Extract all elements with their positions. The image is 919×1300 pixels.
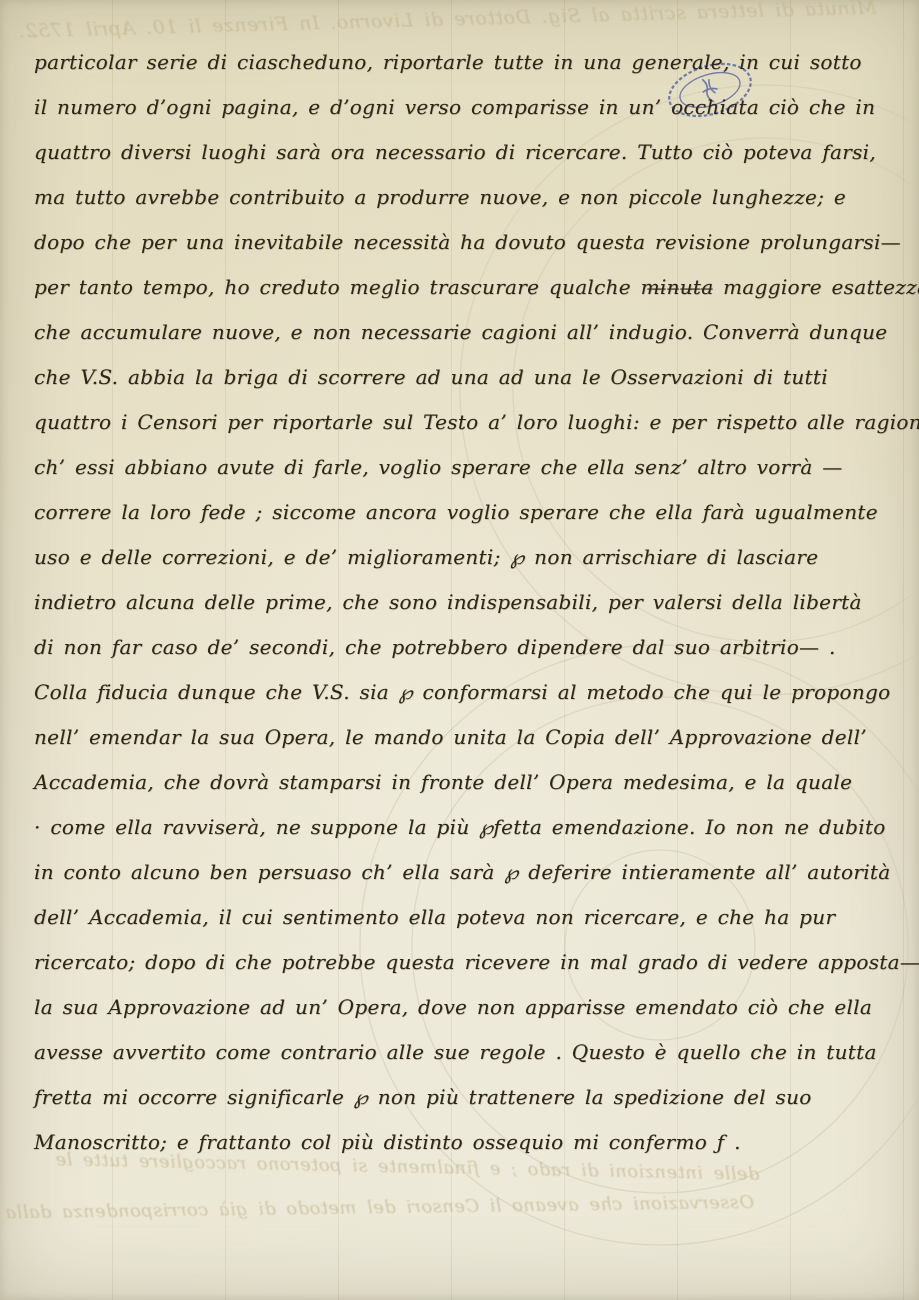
manuscript-line: in conto alcuno ben persuaso ch’ ella sa… <box>34 850 890 895</box>
manuscript-line: ricercato; dopo di che potrebbe questa r… <box>34 940 890 985</box>
manuscript-line: ch’ essi abbiano avute di farle, voglio … <box>34 445 890 490</box>
manuscript-line: la sua Approvazione ad un’ Opera, dove n… <box>34 985 890 1030</box>
manuscript-line: il numero d’ogni pagina, e d’ogni verso … <box>34 85 890 130</box>
manuscript-line: che accumulare nuove, e non necessarie c… <box>34 310 890 355</box>
manuscript-line: correre la loro fede ; siccome ancora vo… <box>34 490 890 535</box>
manuscript-line: · come ella ravviserà, ne suppone la più… <box>34 805 890 850</box>
letter-body: particolar serie di ciascheduno, riporta… <box>34 40 890 1165</box>
manuscript-line: per tanto tempo, ho creduto meglio trasc… <box>34 265 890 310</box>
manuscript-line: Accademia, che dovrà stamparsi in fronte… <box>34 760 890 805</box>
manuscript-line: quattro i Censori per riportarle sul Tes… <box>34 400 890 445</box>
manuscript-page: Minuta di lettera scritta al Sig. Dottor… <box>0 0 919 1300</box>
bleedthrough-bottom-line2: Osservazioni che aveano li Censori del m… <box>5 1190 910 1224</box>
manuscript-line: dell’ Accademia, il cui sentimento ella … <box>34 895 890 940</box>
manuscript-line: fretta mi occorre significarle ℘ non più… <box>34 1075 890 1120</box>
manuscript-line: uso e delle correzioni, e de’ migliorame… <box>34 535 890 580</box>
manuscript-line: particolar serie di ciascheduno, riporta… <box>34 40 890 85</box>
bleedthrough-top: Minuta di lettera scritta al Sig. Dottor… <box>18 0 908 42</box>
manuscript-line: Colla fiducia dunque che V.S. sia ℘ conf… <box>34 670 890 715</box>
manuscript-line: Manoscritto; e frattanto col più distint… <box>34 1120 890 1165</box>
manuscript-line: avesse avvertito come contrario alle sue… <box>34 1030 890 1075</box>
manuscript-line: quattro diversi luoghi sarà ora necessar… <box>34 130 890 175</box>
manuscript-line: ma tutto avrebbe contribuito a produrre … <box>34 175 890 220</box>
manuscript-line: dopo che per una inevitabile necessità h… <box>34 220 890 265</box>
manuscript-line: che V.S. abbia la briga di scorrere ad u… <box>34 355 890 400</box>
manuscript-line: nell’ emendar la sua Opera, le mando uni… <box>34 715 890 760</box>
bleedthrough-bottom-text2: Osservazioni che aveano li Censori del m… <box>5 1192 754 1223</box>
manuscript-line: di non far caso de’ secondi, che potrebb… <box>34 625 890 670</box>
bleedthrough-top-text: Minuta di lettera scritta al Sig. Dottor… <box>18 0 877 42</box>
manuscript-line: indietro alcuna delle prime, che sono in… <box>34 580 890 625</box>
